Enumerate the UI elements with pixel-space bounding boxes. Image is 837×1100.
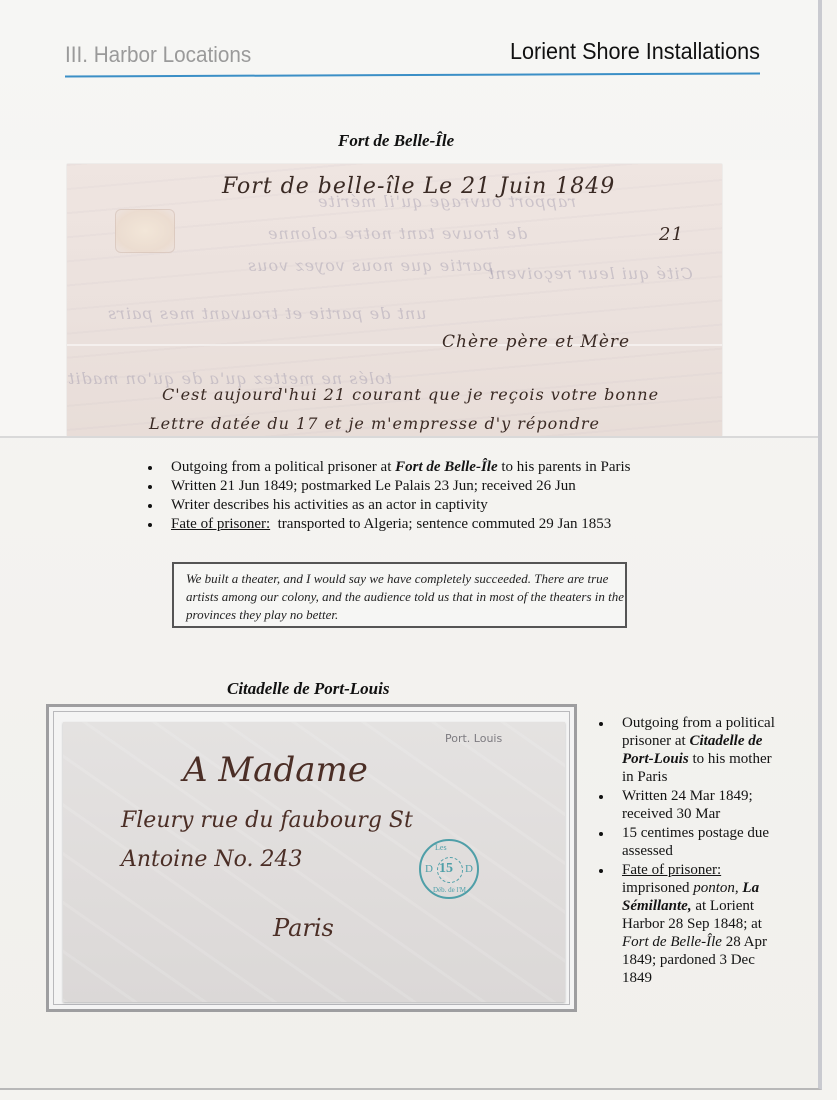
item1-mount: rapport ouvrage qu'il mérite de trouve t… (0, 160, 818, 437)
list-item: Written 24 Mar 1849; received 30 Mar (596, 787, 786, 823)
address-line: Antoine No. 243 (121, 847, 302, 872)
list-item: Writer describes his activities as an ac… (145, 496, 665, 515)
postage-due-stamp-icon: Les D 15 D Déb. de l'M. (419, 839, 479, 899)
stamp-text: Déb. de l'M. (433, 886, 468, 894)
item2-letter-image: Port. Louis A Madame Fleury rue du faubo… (63, 722, 565, 1002)
page-title: Lorient Shore Installations (510, 38, 760, 65)
embossed-seal-icon (115, 209, 175, 253)
list-item: Fate of prisoner: imprisoned ponton, La … (596, 861, 786, 987)
section-heading: III. Harbor Locations (65, 42, 251, 68)
show-through-text: unt de partie et trouvant mes pairs (107, 304, 427, 323)
show-through-text: partie que nous voyez vous (247, 256, 493, 275)
stamp-text: Les (435, 843, 447, 852)
address-line: Fleury rue du faubourg St (121, 808, 413, 833)
item2-description-list: Outgoing from a political prisoner at Ci… (596, 714, 786, 988)
show-through-text: de trouve tant notre colonne (267, 224, 527, 243)
address-line: Paris (273, 914, 334, 942)
list-item: Outgoing from a political prisoner at Fo… (145, 458, 665, 477)
list-item: Written 21 Jun 1849; postmarked Le Palai… (145, 477, 665, 496)
item2-title: Citadelle de Port-Louis (227, 679, 389, 699)
letter-dateline: Fort de belle-île Le 21 Juin 1849 (222, 174, 615, 199)
stamp-value: 15 (439, 861, 453, 877)
show-through-text: Cité qui leur reçoivent (487, 264, 693, 283)
letter-body-line: C'est aujourd'hui 21 courant que je reço… (162, 385, 659, 404)
letter-margin-note: 21 (659, 224, 684, 245)
letter-salutation: Chère père et Mère (442, 332, 630, 352)
list-item: Fate of prisoner: transported to Algeria… (145, 515, 665, 534)
list-item: 15 centimes postage due assessed (596, 824, 786, 860)
item1-letter-image: rapport ouvrage qu'il mérite de trouve t… (67, 164, 722, 436)
letter-body-line: Lettre datée du 17 et je m'empresse d'y … (149, 414, 600, 433)
list-item: Outgoing from a political prisoner at Ci… (596, 714, 786, 786)
stamp-text: D (425, 863, 433, 875)
stamp-text: D (465, 863, 473, 875)
translation-quote-box: We built a theater, and I would say we h… (172, 562, 627, 628)
mount-edge (0, 436, 818, 438)
address-line: A Madame (183, 750, 368, 790)
item1-title: Fort de Belle-Île (338, 131, 454, 151)
pencil-notation: Port. Louis (445, 732, 502, 745)
album-page: III. Harbor Locations Lorient Shore Inst… (0, 0, 822, 1090)
item1-description-list: Outgoing from a political prisoner at Fo… (145, 458, 665, 534)
